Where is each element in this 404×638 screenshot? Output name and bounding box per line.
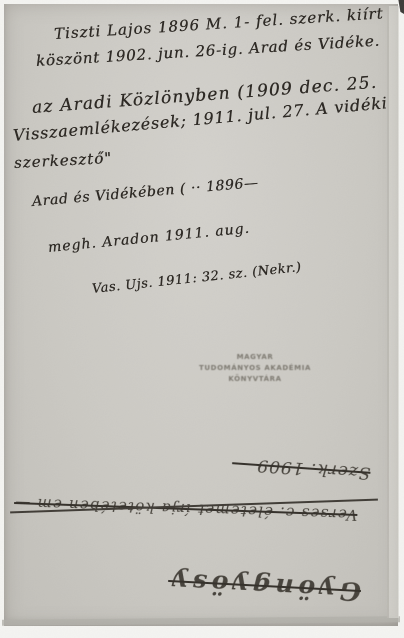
library-stamp: MAGYAR TUDOMÁNYOS AKADÉMIA KÖNYVTÁRA xyxy=(199,352,311,385)
stamp-line: MAGYAR xyxy=(199,352,311,363)
scanned-page: Tiszti Lajos 1896 M. 1- fel. szerk. kiír… xyxy=(0,0,404,638)
stamp-line: TUDOMÁNYOS AKADÉMIA xyxy=(199,363,311,374)
stamp-line: KÖNYVTÁRA xyxy=(199,374,311,385)
